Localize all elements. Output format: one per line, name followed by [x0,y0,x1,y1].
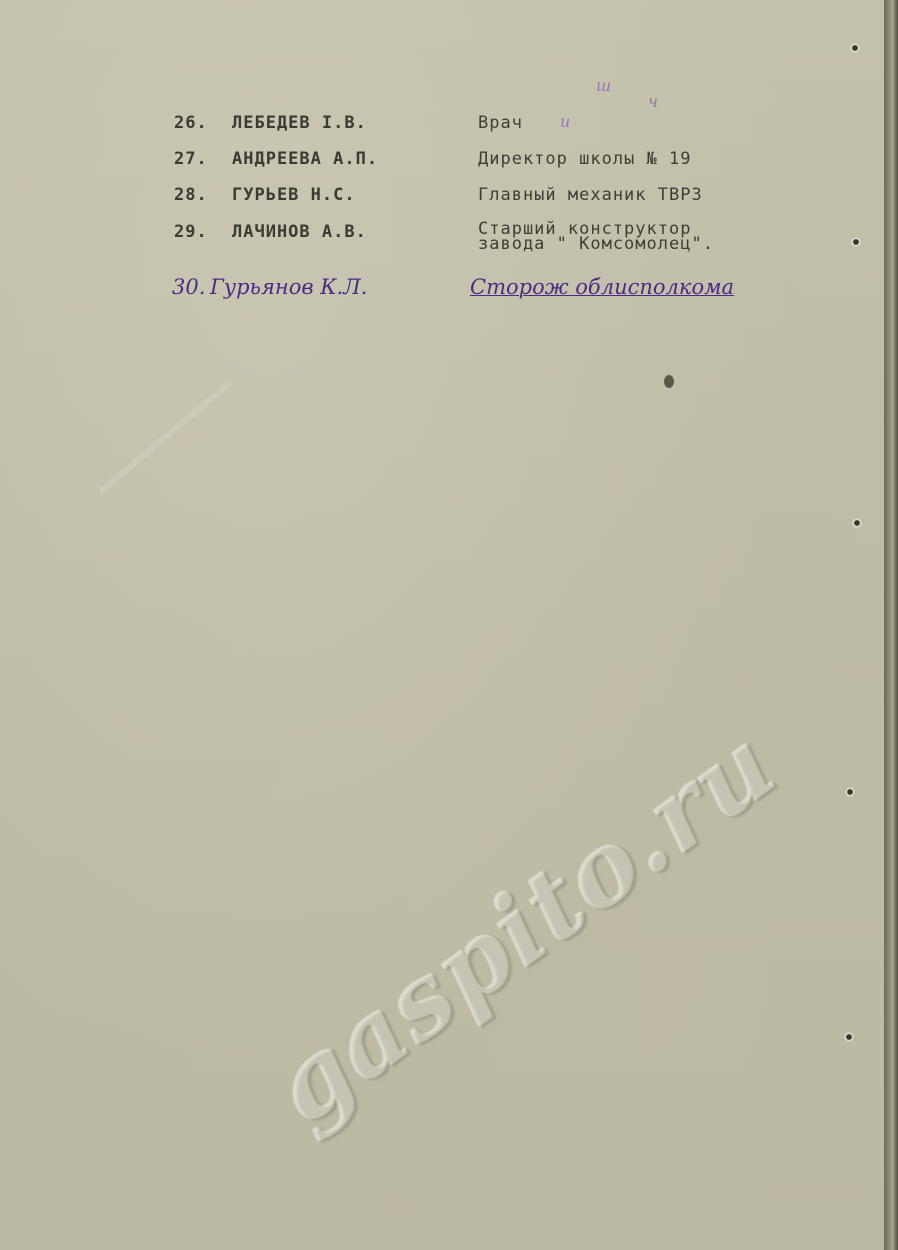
binding-edge [884,0,898,1250]
entry-name: АНДРЕЕВА А.П. [232,149,378,169]
ink-mark: ш [596,76,611,95]
ink-mark: ч [648,92,658,111]
entry-number: 28. [174,185,208,205]
watermark: gaspito.ru [250,704,797,1146]
paper-streak [98,381,232,495]
entry-position: Главный механик ТВРЗ [478,185,703,205]
entry-name: ЛАЧИНОВ А.В. [232,222,367,242]
entry-position: Сторож облисполкома [470,275,734,299]
document-page: ш ч и 26. ЛЕБЕДЕВ І.В. Врач 27. АНДРЕЕВА… [0,0,888,1250]
ink-spot [664,375,674,388]
entry-name: ГУРЬЕВ Н.С. [232,185,356,205]
ink-mark: и [560,112,570,131]
entry-number: 29. [174,222,208,242]
entry-position: Директор школы № 19 [478,149,691,169]
entry-position: Старший конструктор завода " Комсомолец"… [478,222,714,252]
entry-number: 26. [174,113,208,133]
binding-hole [851,237,861,247]
entry-number: 30. [172,275,205,299]
entry-name: Гурьянов К.Л. [210,275,367,299]
binding-hole [844,1032,854,1042]
entry-number: 27. [174,149,208,169]
entry-position-line: завода " Комсомолец". [478,237,714,252]
binding-hole [850,43,860,53]
binding-hole [852,518,862,528]
binding-hole [845,787,855,797]
entry-position: Врач [478,113,523,133]
entry-name: ЛЕБЕДЕВ І.В. [232,113,367,133]
